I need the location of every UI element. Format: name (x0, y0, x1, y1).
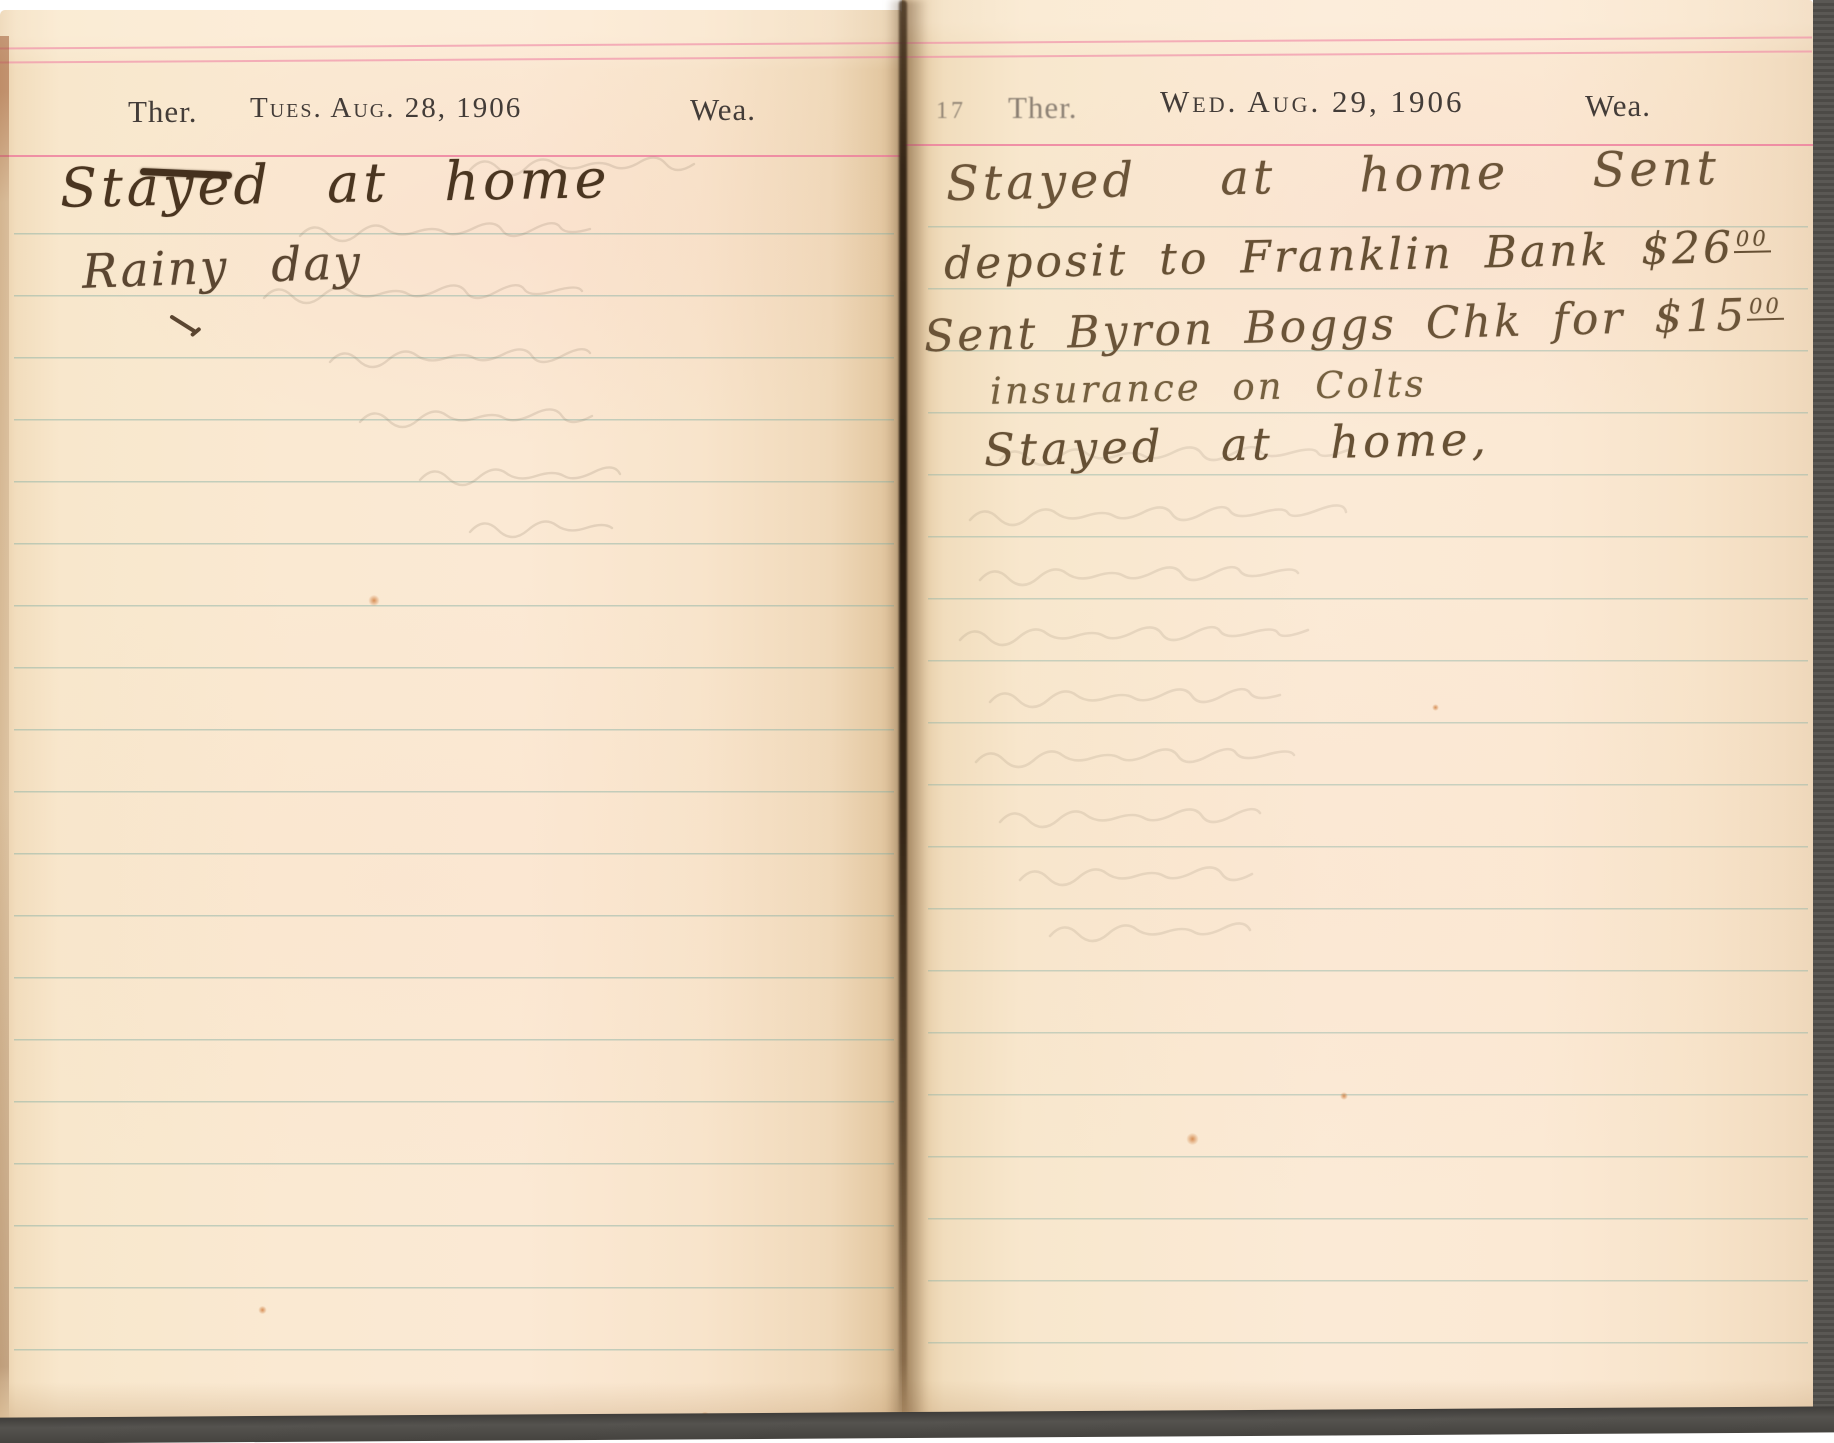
handwriting-line: Rainy day (81, 235, 363, 300)
wea-label-left: Wea. (690, 92, 756, 128)
diary-scan: Ther. Tues. Aug. 28, 1906 Wea. 17 Ther. … (0, 0, 1834, 1443)
handwriting-line: Stayed at home (59, 147, 611, 220)
right-page (902, 0, 1813, 1424)
handwriting-line: insurance on Colts (990, 362, 1427, 413)
ther-label-right: Ther. (1008, 90, 1078, 126)
date-heading-right: Wed. Aug. 29, 1906 (1160, 84, 1465, 120)
page-number: 17 (936, 98, 966, 125)
wea-label-right: Wea. (1585, 88, 1651, 124)
date-heading-left: Tues. Aug. 28, 1906 (250, 92, 522, 125)
scan-edge-right (1813, 0, 1834, 1416)
left-page (0, 10, 902, 1422)
ther-label-left: Ther. (128, 94, 198, 130)
